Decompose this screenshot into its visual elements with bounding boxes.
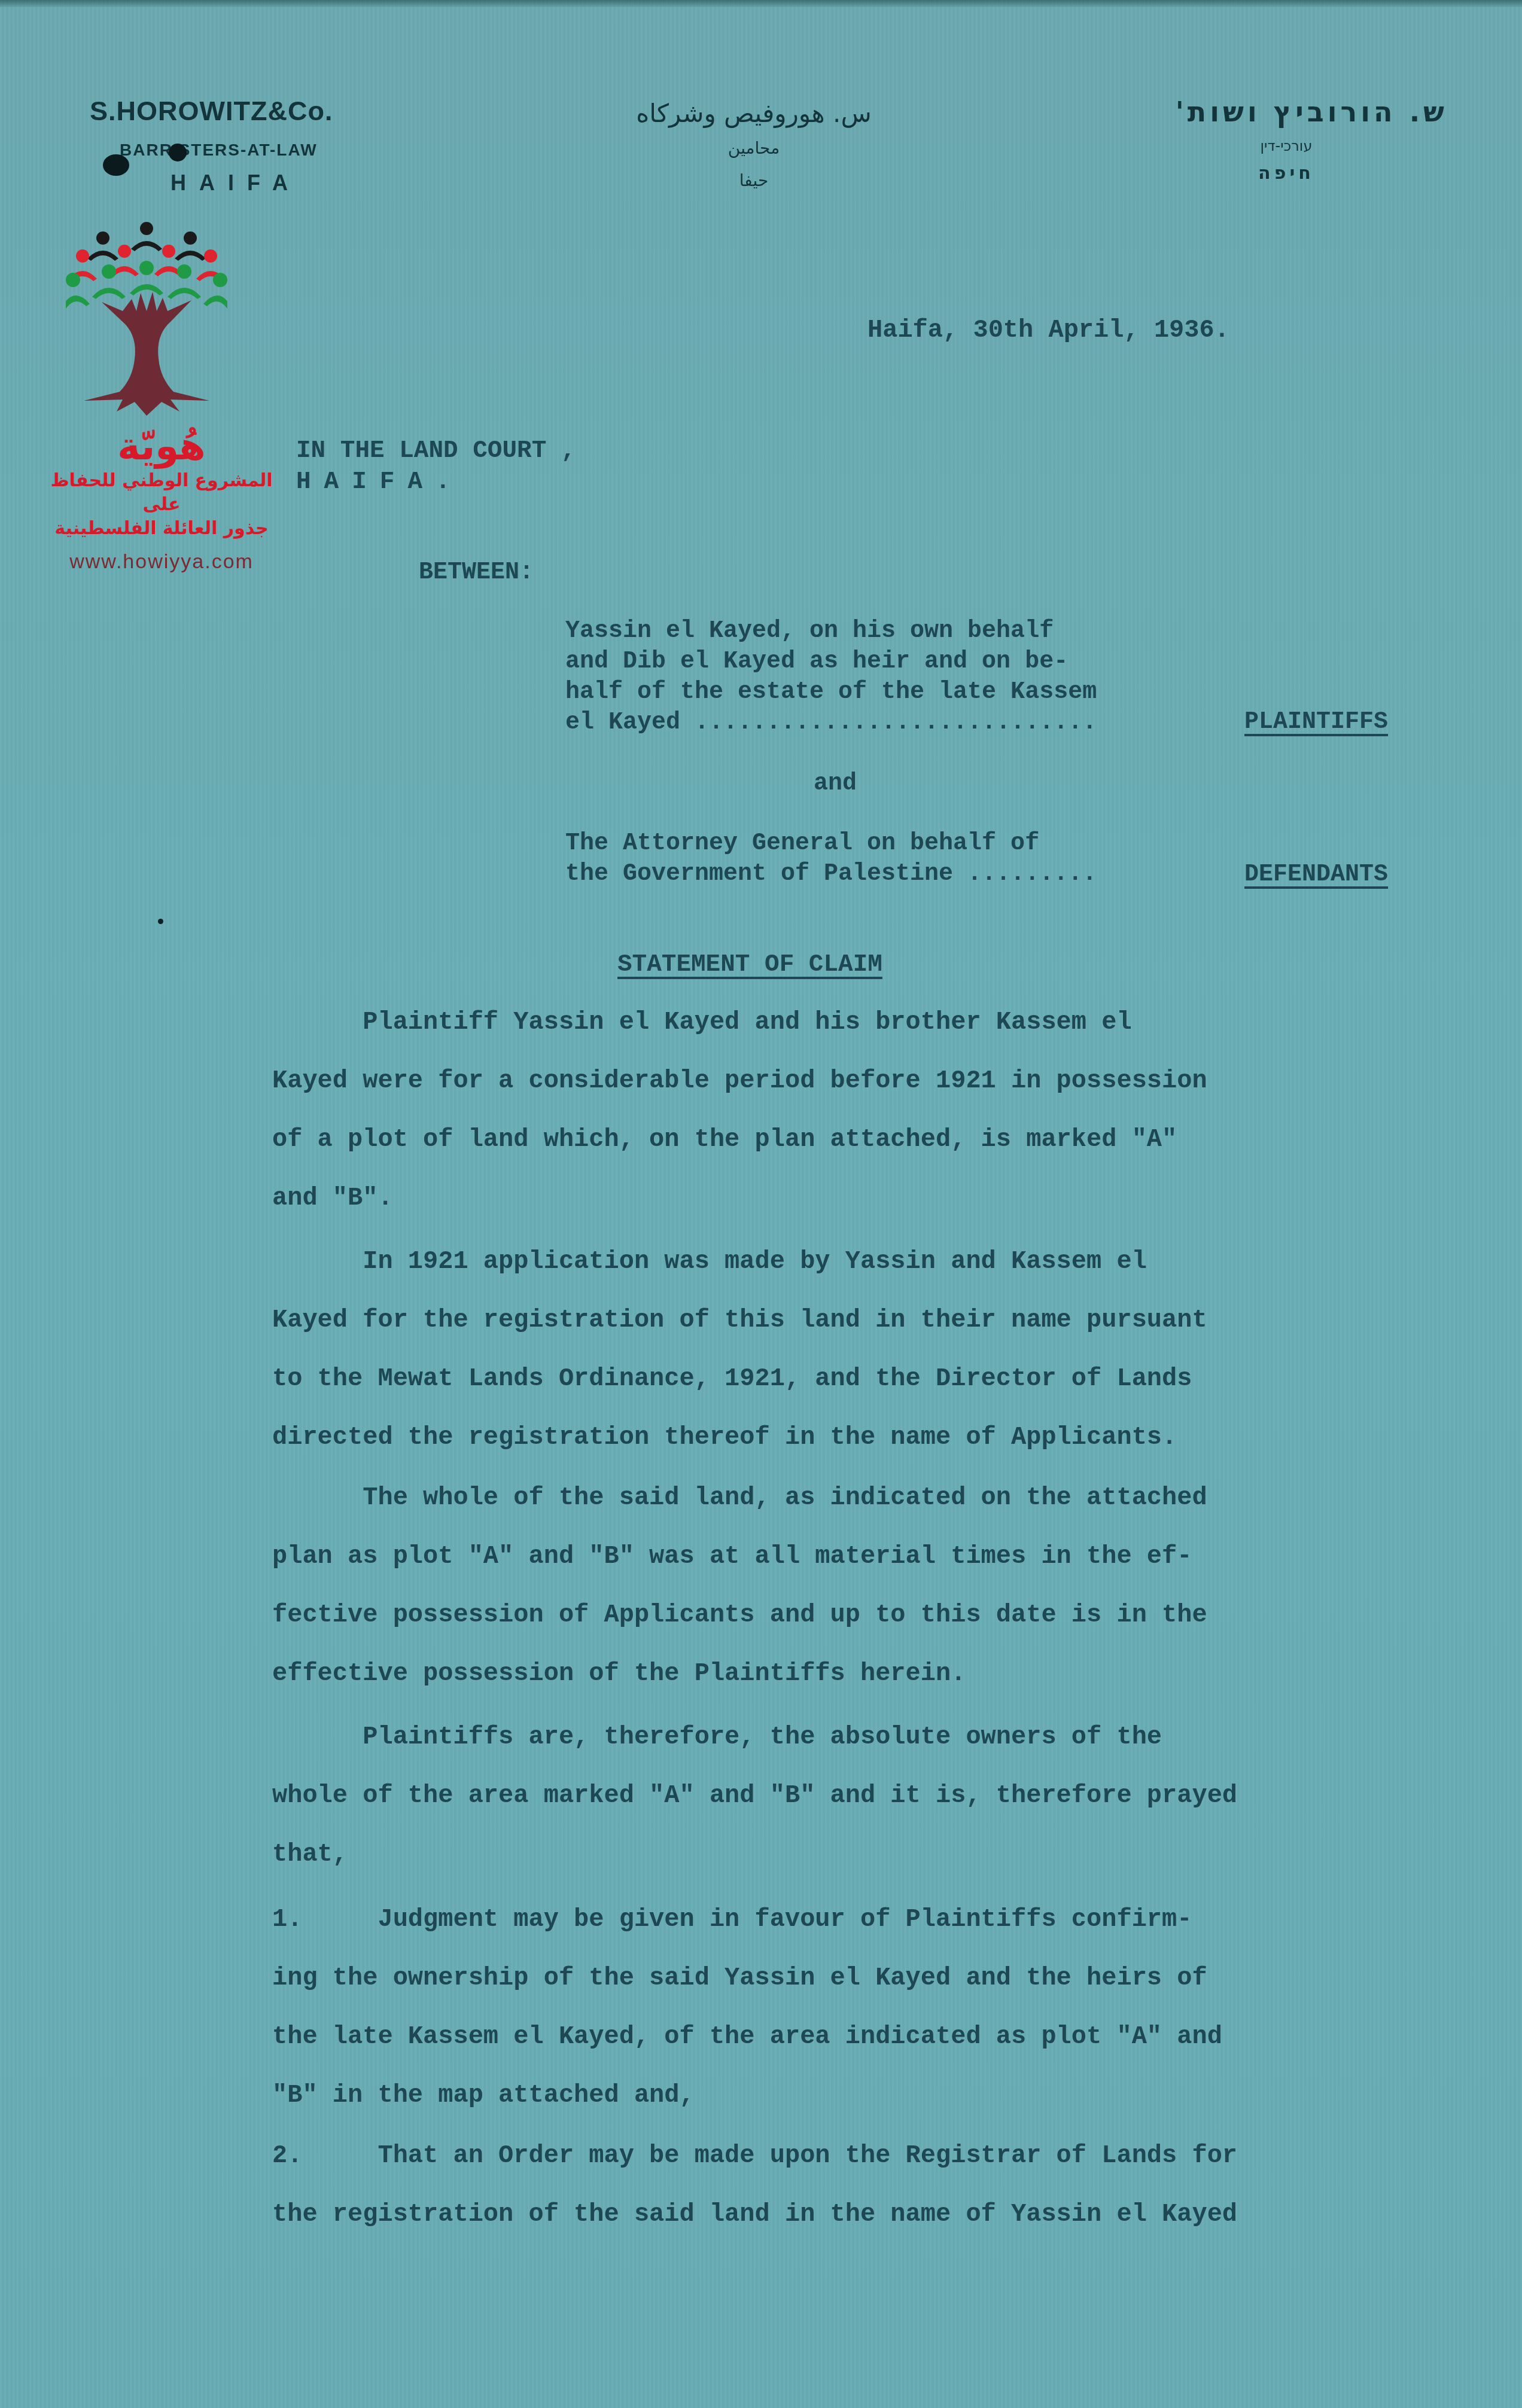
court-city: HAIFA. <box>296 467 576 498</box>
brand-name-arabic: هُويّة <box>48 425 275 469</box>
document-date: Haifa, 30th April, 1936. <box>867 316 1229 345</box>
court-header: IN THE LAND COURT , HAIFA. <box>296 435 576 498</box>
tagline-line-2: جذور العائلة الفلسطينية <box>48 517 275 541</box>
letterhead-subtitle-english: BARRISTERS-AT-LAW <box>120 141 318 160</box>
claim-paragraph-3: The whole of the said land, as indicated… <box>272 1468 1463 1703</box>
letterhead-city-arabic: حيفا <box>598 169 909 193</box>
tagline-line-1: المشروع الوطني للحفاظ على <box>48 469 275 517</box>
and-label: and <box>814 770 857 797</box>
letterhead-arabic: س. هوروفيص وشركاه محامين حيفا <box>598 99 909 193</box>
punch-hole-mark <box>103 154 129 176</box>
letterhead-city-hebrew: חיפה <box>1244 163 1328 184</box>
claim-paragraph-4: Plaintiffs are, therefore, the absolute … <box>272 1708 1463 1883</box>
ink-speck <box>158 919 163 924</box>
defendants-role-label: DEFENDANTS <box>1244 861 1388 888</box>
website-url: www.howiyya.com <box>48 550 275 574</box>
family-tree-icon <box>66 221 227 431</box>
plaintiffs-role-label: PLAINTIFFS <box>1244 709 1388 736</box>
letterhead-subtitle-hebrew: עורכי-דין <box>1244 138 1328 154</box>
letterhead-firm-name-arabic: س. هوروفيص وشركاه <box>598 99 909 128</box>
plaintiffs-description: Yassin el Kayed, on his own behalf and D… <box>565 616 1097 738</box>
prayer-item-2: 2. That an Order may be made upon the Re… <box>272 2126 1463 2244</box>
defendants-description: The Attorney General on behalf of the Go… <box>565 828 1097 889</box>
court-name: IN THE LAND COURT , <box>296 435 576 467</box>
prayer-item-1: 1. Judgment may be given in favour of Pl… <box>272 1890 1463 2124</box>
claim-paragraph-1: Plaintiff Yassin el Kayed and his brothe… <box>272 993 1463 1227</box>
letterhead-city-english: HAIFA <box>171 170 301 196</box>
letterhead-firm-name-hebrew: ש. הורוביץ ושות' <box>1125 96 1448 128</box>
letterhead-hebrew: ש. הורוביץ ושות' עורכי-דין חיפה <box>1125 96 1448 184</box>
punch-hole-mark <box>169 144 187 161</box>
claim-paragraph-2: In 1921 application was made by Yassin a… <box>272 1232 1463 1467</box>
letterhead-firm-name-english: S.HOROWITZ&Co. <box>90 96 333 127</box>
letterhead-subtitle-arabic: محامين <box>598 136 909 160</box>
statement-heading: STATEMENT OF CLAIM <box>617 951 882 979</box>
between-label: BETWEEN: <box>419 559 534 586</box>
howiyya-watermark: هُويّة المشروع الوطني للحفاظ على جذور ال… <box>48 221 275 574</box>
page-top-edge <box>0 0 1522 7</box>
